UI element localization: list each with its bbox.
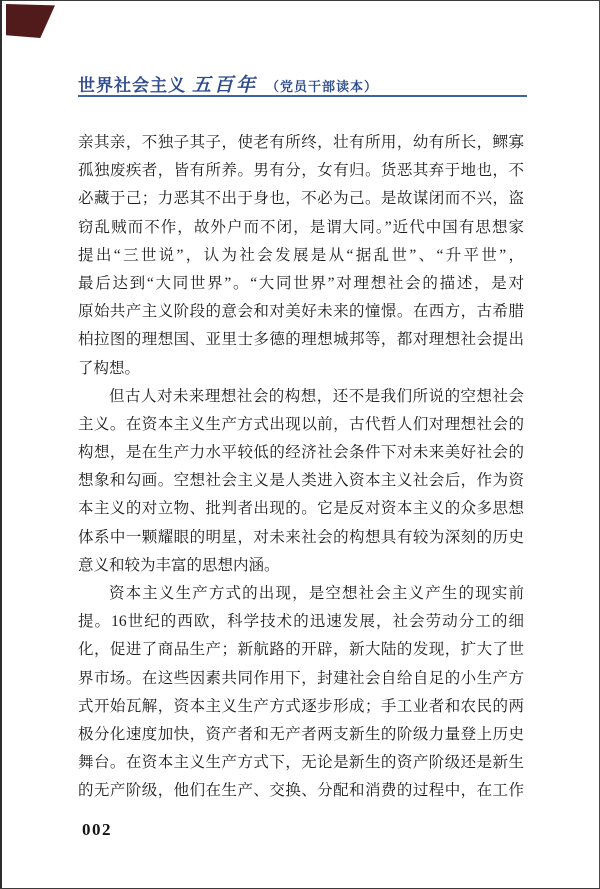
body-text-line: 资本主义生产方式的出现，是空想社会主义产生的现实前 <box>78 580 524 608</box>
header-rule <box>78 95 527 97</box>
body-text-line: 了构想。 <box>78 355 524 383</box>
paragraph: 但古人对未来理想社会的构想，还不是我们所说的空想社会主义。在资本主义生产方式出现… <box>78 383 524 580</box>
book-page: 世界社会主义五百年（党员干部读本） 亲其亲，不独子其子，使老有所终，壮有所用，幼… <box>0 0 600 889</box>
body-text-line: 提。16世纪的西欧，科学技术的迅速发展，社会劳动分工的细 <box>78 608 524 636</box>
body-text-line: 提出“三世说”，认为社会发展是从“据乱世”、“升平世”， <box>78 242 524 270</box>
paragraph: 资本主义生产方式的出现，是空想社会主义产生的现实前提。16世纪的西欧，科学技术的… <box>78 580 524 806</box>
scan-edge-top <box>0 0 600 1</box>
body-text-line: 极分化速度加快，资产者和无产者两支新生的阶级力量登上历史 <box>78 721 524 749</box>
body-text-line: 想象和勾画。空想社会主义是人类进入资本主义社会后，作为资 <box>78 467 524 495</box>
body-text-line: 窃乱贼而不作，故外户而不闭，是谓大同。”近代中国有思想家 <box>78 214 524 242</box>
body-text-line: 界市场。在这些因素共同作用下，封建社会自给自足的小生产方 <box>78 665 524 693</box>
body-text-line: 主义。在资本主义生产方式出现以前，古代哲人们对理想社会的 <box>78 411 524 439</box>
book-title: 世界社会主义 <box>78 76 186 95</box>
body-text-block: 亲其亲，不独子其子，使老有所终，壮有所用，幼有所长，鳏寡孤独废疾者，皆有所养。男… <box>78 129 524 806</box>
body-text-line: 化，促进了商品生产；新航路的开辟，新大陆的发现，扩大了世 <box>78 636 524 664</box>
book-subtitle: （党员干部读本） <box>266 79 378 94</box>
body-text-line: 亲其亲，不独子其子，使老有所终，壮有所用，幼有所长，鳏寡 <box>78 129 524 157</box>
paragraph: 亲其亲，不独子其子，使老有所终，壮有所用，幼有所长，鳏寡孤独废疾者，皆有所养。男… <box>78 129 524 383</box>
body-text-line: 原始共产主义阶段的意会和对美好未来的憧憬。在西方，古希腊 <box>78 298 524 326</box>
body-text-line: 必藏于己；力恶其不出于身也，不必为己。是故谋闭而不兴，盗 <box>78 185 524 213</box>
body-text-line: 式开始瓦解，资本主义生产方式逐步形成；手工业者和农民的两 <box>78 693 524 721</box>
page-number: 002 <box>82 820 112 840</box>
body-text-line: 体系中一颗耀眼的明星，对未来社会的构想具有较为深刻的历史 <box>78 524 524 552</box>
body-text-line: 柏拉图的理想国、亚里士多德的理想城邦等，都对理想社会提出 <box>78 326 524 354</box>
body-text-line: 舞台。在资本主义生产方式下，无论是新生的资产阶级还是新生 <box>78 749 524 777</box>
body-text-line: 的无产阶级，他们在生产、交换、分配和消费的过程中，在工作 <box>78 777 524 805</box>
book-cover-corner <box>6 4 55 38</box>
body-text-line: 意义和较为丰富的思想内涵。 <box>78 552 524 580</box>
scan-edge-left <box>0 0 2 889</box>
body-text-line: 但古人对未来理想社会的构想，还不是我们所说的空想社会 <box>78 383 524 411</box>
body-text-line: 最后达到“大同世界”。“大同世界”对理想社会的描述，是对 <box>78 270 524 298</box>
body-text-line: 孤独废疾者，皆有所养。男有分，女有归。货恶其弃于地也，不 <box>78 157 524 185</box>
body-text-line: 本主义的对立物、批判者出现的。它是反对资本主义的众多思想 <box>78 495 524 523</box>
running-header: 世界社会主义五百年（党员干部读本） <box>78 70 527 94</box>
body-text-line: 构想，是在生产力水平较低的经济社会条件下对未来美好社会的 <box>78 439 524 467</box>
book-title-volume: 五百年 <box>192 75 258 96</box>
